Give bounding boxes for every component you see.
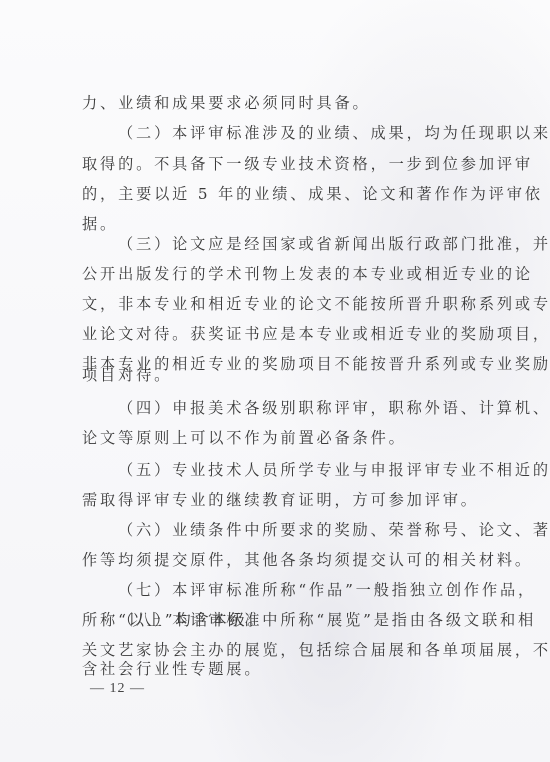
text-line: 据。 <box>82 214 482 234</box>
paragraph-4-start: （四）申报美术各级别职称评审，职称外语、计算机、 <box>118 398 482 418</box>
page-number: — 12 — <box>90 681 145 697</box>
text-line: 需取得评审专业的继续教育证明，方可参加评审。 <box>82 490 482 510</box>
paragraph-6-start: （六）业绩条件中所要求的奖励、荣誉称号、论文、著 <box>118 520 482 540</box>
text-line: 论文等原则上可以不作为前置必备条件。 <box>82 428 482 448</box>
text-line: 作等均须提交原件，其他各条均须提交认可的相关材料。 <box>82 550 482 570</box>
paragraph-3-start: （三）论文应是经国家或省新闻出版行政部门批准，并 <box>118 234 482 254</box>
text-line: 项目对待。 <box>82 365 482 385</box>
paragraph-8-start: （八）本评审标准中所称“展览”是指由各级文联和相 <box>118 610 482 630</box>
text-line: 关文艺家协会主办的展览，包括综合届展和各单项届展，不 <box>82 640 482 660</box>
paragraph-2-start: （二）本评审标准涉及的业绩、成果，均为任现职以来 <box>118 123 482 143</box>
text-line: 含社会行业性专题展。 <box>82 659 482 679</box>
paragraph-7-start: （七）本评审标准所称“作品”一般指独立创作作品， <box>118 580 482 600</box>
text-line: 业论文对待。获奖证书应是本专业或相近专业的奖励项目， <box>82 324 482 344</box>
text-line: 公开出版发行的学术刊物上发表的本专业或相近专业的论 <box>82 264 482 284</box>
text-line: 文，非本专业和相近专业的论文不能按所晋升职称系列或专 <box>82 294 482 314</box>
paragraph-5-start: （五）专业技术人员所学专业与申报评审专业不相近的， <box>118 460 482 480</box>
text-line: 力、业绩和成果要求必须同时具备。 <box>82 93 482 113</box>
text-line: 的，主要以近 5 年的业绩、成果、论文和著作作为评审依 <box>82 184 482 204</box>
document-page: 力、业绩和成果要求必须同时具备。 （二）本评审标准涉及的业绩、成果，均为任现职以… <box>0 0 550 762</box>
text-line: 取得的。不具备下一级专业技术资格，一步到位参加评审 <box>82 154 482 174</box>
